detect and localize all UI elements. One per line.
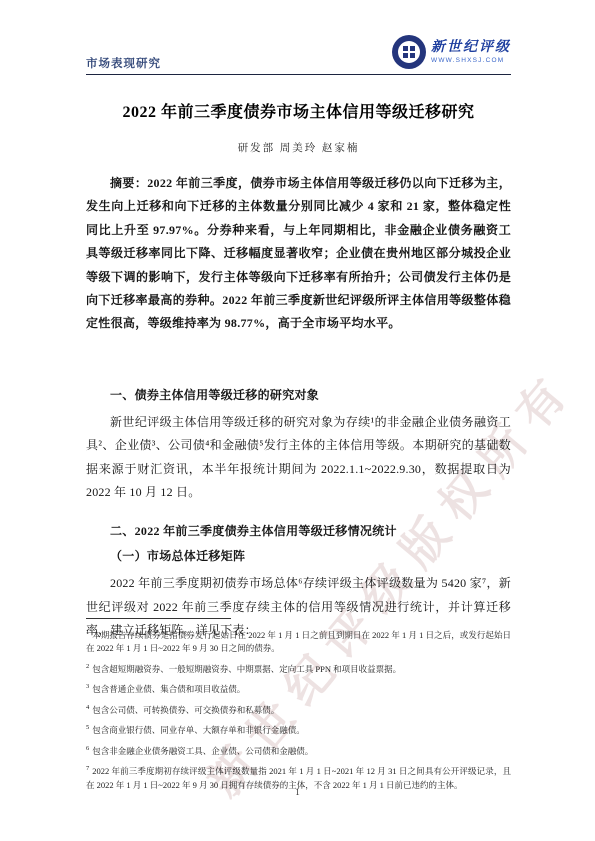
logo-text-block: 新世纪评级 WWW.SHXSJ.COM [431,40,511,64]
logo-emblem-glyph-icon [403,46,415,58]
footnote-2-marker: 2 [86,663,89,670]
logo-emblem-icon [392,35,426,69]
footnote-6-text: 包含非金融企业债务融资工具、企业债、公司债和金融债。 [92,746,313,756]
footnote-1-text: 本期报告存续债券是指债券发行起始日在 2022 年 1 月 1 日之前且到期日在… [86,630,511,654]
document-title: 2022 年前三季度债券市场主体信用等级迁移研究 [86,99,511,122]
report-category-label: 市场表现研究 [86,55,161,71]
logo-emblem-inner-circle [398,41,420,63]
section-2-heading: 二、2022 年前三季度债券主体信用等级迁移情况统计 [86,522,511,539]
footnote-5: 5包含商业银行债、同业存单、大额存单和非银行金融债。 [86,721,511,737]
section-2-sub-heading: （一）市场总体迁移矩阵 [86,547,511,564]
page-content: 市场表现研究 新世纪评级 WWW.SHXSJ.COM 2022 年前三季度债券市… [86,33,511,643]
footnote-6-marker: 6 [86,745,89,752]
company-logo: 新世纪评级 WWW.SHXSJ.COM [392,35,511,69]
footnote-2-text: 包含超短期融资券、一般短期融资券、中期票据、定向工具 PPN 和项目收益票据。 [92,664,401,674]
footnote-1-marker: 1 [86,629,89,636]
abstract-paragraph: 摘要：2022 年前三季度，债券市场主体信用等级迁移仍以向下迁移为主，发生向上迁… [86,172,511,336]
footnote-4: 4包含公司债、可转换债券、可交换债券和私募债。 [86,701,511,717]
footnote-7-marker: 7 [86,765,89,772]
footnote-7-text: 2022 年前三季度期初存续评级主体评级数量指 2021 年 1 月 1 日~2… [86,766,511,790]
authors-line: 研发部 周美玲 赵家楠 [86,140,511,155]
logo-company-name: 新世纪评级 [431,40,511,55]
page-number: 1 [0,787,595,797]
logo-website: WWW.SHXSJ.COM [431,57,511,64]
footnote-1: 1本期报告存续债券是指债券发行起始日在 2022 年 1 月 1 日之前且到期日… [86,626,511,656]
footnote-separator [86,618,231,619]
footnote-6: 6包含非金融企业债务融资工具、企业债、公司债和金融债。 [86,742,511,758]
abstract-text: 2022 年前三季度，债券市场主体信用等级迁移仍以向下迁移为主，发生向上迁移和向… [86,176,511,330]
footnote-2: 2包含超短期融资券、一般短期融资券、中期票据、定向工具 PPN 和项目收益票据。 [86,660,511,676]
footnote-5-marker: 5 [86,724,89,731]
page-header: 市场表现研究 新世纪评级 WWW.SHXSJ.COM [86,33,511,75]
footnote-3-text: 包含普通企业债、集合债和项目收益债。 [92,684,245,694]
footnote-5-text: 包含商业银行债、同业存单、大额存单和非银行金融债。 [92,725,305,735]
footnote-4-marker: 4 [86,704,89,711]
footnotes-block: 1本期报告存续债券是指债券发行起始日在 2022 年 1 月 1 日之前且到期日… [86,618,511,796]
footnote-4-text: 包含公司债、可转换债券、可交换债券和私募债。 [92,705,279,715]
document-page: 新世纪评级版权所有 市场表现研究 新世纪评级 WWW.SHXSJ.COM 202… [0,0,595,841]
abstract-label: 摘要： [110,176,147,190]
footnote-3-marker: 3 [86,683,89,690]
footnote-3: 3包含普通企业债、集合债和项目收益债。 [86,680,511,696]
section-1-paragraph: 新世纪评级主体信用等级迁移的研究对象为存续¹的非金融企业债务融资工具²、企业债³… [86,411,511,505]
section-1-heading: 一、债券主体信用等级迁移的研究对象 [86,386,511,403]
